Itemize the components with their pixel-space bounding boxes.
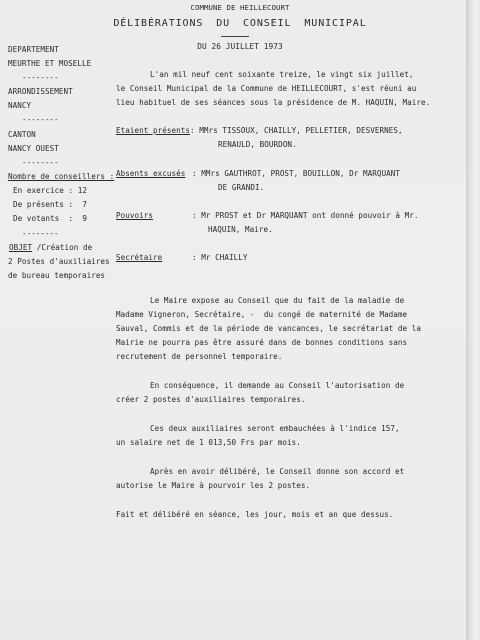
p4-line-2: autorise le Maire à pourvoir les 2 poste… — [116, 481, 310, 491]
departement-value: MEURTHE ET MOSELLE — [8, 59, 91, 69]
commune-name: COMMUNE DE HEILLECOURT — [0, 3, 480, 13]
arrondissement-value: NANCY — [8, 101, 31, 111]
p1-line-1: Le Maire expose au Conseil que du fait d… — [150, 296, 404, 306]
intro-line-1: L'an mil neuf cent soixante treize, le v… — [150, 70, 413, 80]
closing-line: Fait et délibéré en séance, les jour, mo… — [116, 510, 393, 520]
arrondissement-label: ARRONDISSEMENT — [8, 87, 73, 97]
page-edge — [466, 0, 480, 640]
separator: -------- — [22, 229, 59, 239]
canton-value: NANCY OUEST — [8, 144, 59, 154]
absents-label: Absents excusés — [116, 169, 185, 179]
conseillers-label: Nombre de conseillers : — [8, 172, 114, 182]
separator: -------- — [22, 115, 59, 125]
p1-line-5: recrutement de personnel temporaire. — [116, 352, 282, 362]
session-date: DU 26 JUILLET 1973 — [0, 42, 480, 52]
document-page: COMMUNE DE HEILLECOURT DÉLIBÉRATIONS DU … — [0, 0, 466, 640]
presents-line-1: : MMrs TISSOUX, CHAILLY, PELLETIER, DESV… — [190, 126, 403, 136]
separator: -------- — [22, 73, 59, 83]
p1-line-4: Mairie ne pourra pas être assuré dans de… — [116, 338, 407, 348]
pouvoirs-line-2: HAQUIN, Maire. — [208, 225, 273, 235]
absents-line-1: : MMrs GAUTHROT, PROST, BOUILLON, Dr MAR… — [192, 169, 400, 179]
objet-line-1: OBJET /Création de — [9, 243, 92, 253]
pouvoirs-label: Pouvoirs — [116, 211, 153, 221]
p1-line-2: Madame Vigneron, Secrétaire, - du congé … — [116, 310, 407, 320]
pouvoirs-line-1: : Mr PROST et Dr MARQUANT ont donné pouv… — [192, 211, 418, 221]
p2-line-2: créer 2 postes d'auxiliaires temporaires… — [116, 395, 306, 405]
objet-label: OBJET — [9, 243, 32, 252]
presents-label: Etaient présents — [116, 126, 190, 136]
p2-line-1: En conséquence, il demande au Conseil l'… — [150, 381, 404, 391]
p3-line-2: un salaire net de 1 013,50 Frs par mois. — [116, 438, 301, 448]
p3-line-1: Ces deux auxiliaires seront embauchées à… — [150, 424, 400, 434]
departement-label: DEPARTEMENT — [8, 45, 59, 55]
count-presents: De présents : 7 — [13, 200, 87, 210]
absents-line-2: DE GRANDI. — [218, 183, 264, 193]
secretaire-label: Secrétaire — [116, 253, 162, 263]
document-title: DÉLIBÉRATIONS DU CONSEIL MUNICIPAL — [0, 19, 480, 29]
count-votants: De votants : 9 — [13, 214, 87, 224]
count-en-exercice: En exercice : 12 — [13, 186, 87, 196]
objet-line-3: de bureau temporaires — [8, 271, 105, 281]
intro-line-2: le Conseil Municipal de la Commune de HE… — [116, 84, 416, 94]
intro-line-3: lieu habituel de ses séances sous la pré… — [116, 98, 430, 108]
p4-line-1: Après en avoir délibéré, le Conseil donn… — [150, 467, 404, 477]
title-rule — [221, 36, 249, 37]
presents-line-2: RENAULD, BOURDON. — [218, 140, 297, 150]
separator: -------- — [22, 158, 59, 168]
objet-text: /Création de — [37, 243, 92, 252]
p1-line-3: Sauval, Commis et de la période de vanca… — [116, 324, 421, 334]
secretaire-value: : Mr CHAILLY — [192, 253, 247, 263]
objet-line-2: 2 Postes d'auxiliaires — [8, 257, 110, 267]
canton-label: CANTON — [8, 130, 36, 140]
